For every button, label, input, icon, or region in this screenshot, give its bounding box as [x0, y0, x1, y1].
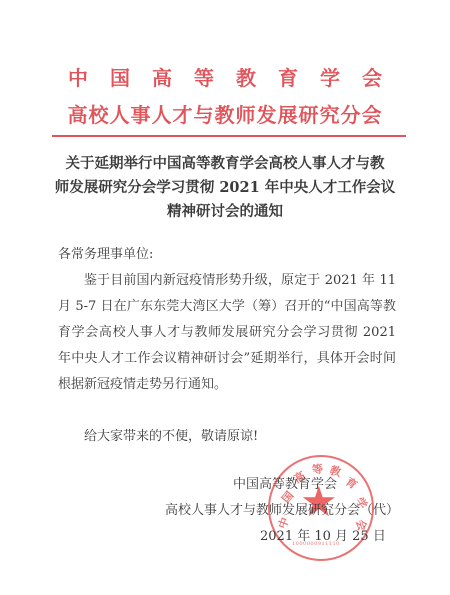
title-line-1: 关于延期举行中国高等教育学会高校人事人才与教 — [40, 152, 410, 176]
body-paragraph-2: 给大家带来的不便，敬请原谅! — [58, 424, 396, 450]
letterhead-org-name: 中国高等教育学会 — [0, 62, 450, 91]
letterhead-divider — [52, 135, 406, 137]
signature-org-2: 高校人事人才与教师发展研究分会（代） — [165, 499, 399, 518]
signature-date: 2021 年 10 月 25 日 — [260, 525, 386, 544]
body-paragraph-1: 鉴于目前国内新冠疫情形势升级，原定于 2021 年 11 月 5-7 日在广东东… — [58, 268, 396, 398]
seal-char: 育 — [342, 473, 360, 492]
signature-org-1: 中国高等教育学会 — [233, 473, 337, 492]
title-line-3: 精神研讨会的通知 — [40, 200, 410, 224]
document-title: 关于延期举行中国高等教育学会高校人事人才与教 师发展研究分会学习贯彻 2021 … — [40, 152, 410, 224]
salutation: 各常务理事单位: — [58, 242, 396, 268]
letterhead-branch-name: 高校人事人才与教师发展研究分会 — [0, 99, 450, 128]
title-line-2: 师发展研究分会学习贯彻 2021 年中央人才工作会议 — [40, 176, 410, 200]
